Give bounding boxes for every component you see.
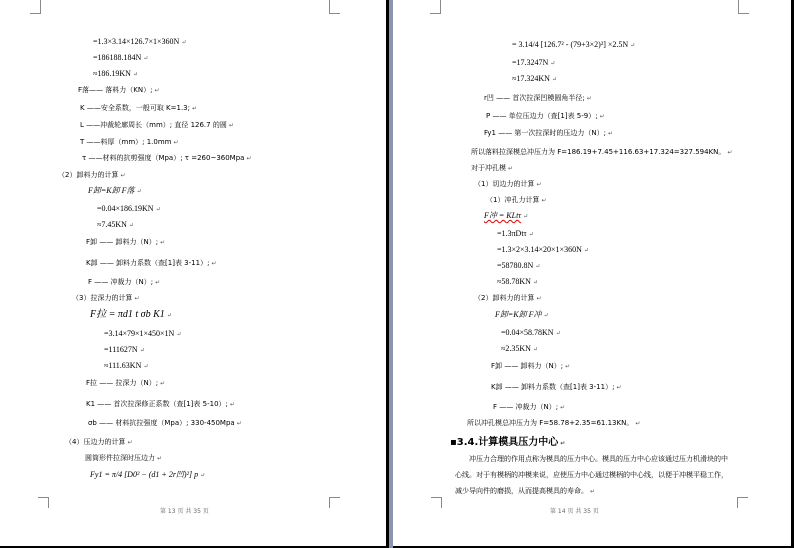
formula-line: ≈58.78KN↵ bbox=[497, 277, 538, 288]
formula-line: ≈186.19KN↵ bbox=[93, 69, 138, 80]
definition-line: F卸 —— 卸料力（N）;↵ bbox=[491, 361, 570, 372]
body-paragraph: 冲压力合理的作用点称为模具的压力中心。模具的压力中心应该通过压力机滑块的中心线。… bbox=[455, 451, 730, 500]
formula-line: =17.3247N↵ bbox=[512, 58, 555, 69]
margin-corner-bottom-right bbox=[329, 497, 340, 508]
margin-corner-bottom-left bbox=[431, 497, 442, 508]
margin-corner-bottom-left bbox=[38, 497, 49, 508]
formula-line: =58780.8N↵ bbox=[497, 261, 540, 272]
definition-line: F —— 冲裁力（N）;↵ bbox=[493, 402, 565, 413]
page-footer: 第 14 页 共 35 页 bbox=[550, 506, 599, 515]
definition-line: Fy1 —— 第一次拉深时的压边力（N）;↵ bbox=[484, 128, 613, 139]
result-line: 所以冲孔模总冲压力为 F=58.78+2.35=61.13KN。↵ bbox=[467, 418, 640, 429]
body-line: 圆筒形件拉深时压边力↵ bbox=[85, 453, 162, 464]
section-heading: （2）卸料力的计算↵ bbox=[58, 170, 126, 181]
formula-line: F冲 = KLtτ↵ bbox=[484, 211, 528, 222]
margin-corner-top-left bbox=[30, 0, 41, 14]
body-line: 对于冲孔模↵ bbox=[471, 163, 513, 174]
section-heading: （4）压边力的计算↵ bbox=[65, 437, 133, 448]
section-heading: （1）切边力的计算↵ bbox=[474, 179, 542, 190]
formula-line: ≈111.63KN↵ bbox=[104, 361, 148, 372]
result-line: 所以落料拉深模总冲压力为 F=186.19+7.45+116.63+17.324… bbox=[471, 147, 732, 158]
margin-corner-bottom-right bbox=[737, 497, 748, 508]
formula-line: =111627N↵ bbox=[104, 345, 145, 356]
document-page-13[interactable]: 第 13 页 共 35 页 bbox=[0, 0, 386, 546]
section-heading: （3）拉深力的计算↵ bbox=[72, 293, 140, 304]
definition-line: r凹 —— 首次拉深凹模圆角半径;↵ bbox=[484, 93, 592, 104]
section-heading: （2）卸料力的计算↵ bbox=[474, 293, 542, 304]
formula-line: =1.3×3.14×126.7×1×360N↵ bbox=[93, 37, 186, 48]
definition-line: F卸 —— 卸料力（N）;↵ bbox=[86, 237, 165, 248]
definition-line: F拉 —— 拉深力（N）;↵ bbox=[86, 378, 165, 389]
formula-line: F卸=K卸 F冲↵ bbox=[495, 310, 549, 321]
margin-corner-top-right bbox=[329, 0, 340, 14]
definition-line: K卸 —— 卸料力系数（查[1]表 3-11）;↵ bbox=[86, 258, 216, 269]
formula-line: F卸=K卸 F落↵ bbox=[88, 186, 142, 197]
margin-corner-top-right bbox=[738, 0, 749, 14]
formula-line: Fy1 = π/4 [D0² − (d1 + 2r凹)²] p↵ bbox=[90, 470, 205, 481]
definition-line: F落—— 落料力（KN）;↵ bbox=[78, 85, 159, 96]
section-heading-3-4: ▪3.4.计算模具压力中心↵ bbox=[450, 433, 565, 448]
formula-line: =186188.184N↵ bbox=[93, 53, 148, 64]
formula-line: ≈17.324KN↵ bbox=[512, 74, 557, 85]
formula-line: =3.14×79×1×450×1N↵ bbox=[104, 329, 181, 340]
definition-line: τ ——材料的抗剪强度（Mpa）; τ =260~360Mpa↵ bbox=[82, 153, 252, 164]
formula-line: =0.04×186.19KN↵ bbox=[97, 204, 161, 215]
page-shadow bbox=[386, 0, 389, 548]
formula-line: = 3.14/4 [126.7² - (79+3×2)²] ×2.5N↵ bbox=[512, 40, 635, 51]
margin-corner-top-left bbox=[430, 0, 441, 14]
formula-line: F拉 = πd1 t σb K1↵ bbox=[90, 310, 172, 321]
definition-line: P —— 单位压边力（查[1]表 5-9）;↵ bbox=[486, 111, 605, 122]
definition-line: T ——料厚（mm）; 1.0mm↵ bbox=[80, 137, 179, 148]
definition-line: K卸 —— 卸料力系数（查[1]表 3-11）;↵ bbox=[491, 382, 621, 393]
definition-line: σb —— 材料抗拉强度（Mpa）; 330-450Mpa↵ bbox=[88, 418, 242, 429]
formula-line: =1.3πDtτ↵ bbox=[497, 229, 534, 240]
section-heading: （1）冲孔力计算↵ bbox=[486, 195, 547, 206]
page-footer: 第 13 页 共 35 页 bbox=[160, 506, 209, 515]
formula-line: ≈7.45KN↵ bbox=[97, 220, 134, 231]
formula-line: ≈2.35KN↵ bbox=[501, 344, 538, 355]
definition-line: K1 —— 首次拉深修正系数（查[1]表 5-10）;↵ bbox=[86, 399, 235, 410]
definition-line: L ——冲裁轮廓周长（mm）; 直径 126.7 的圆↵ bbox=[80, 120, 234, 131]
formula-line: =0.04×58.78KN↵ bbox=[501, 328, 561, 339]
definition-line: K ——安全系数，一般可取 K=1.3;↵ bbox=[80, 103, 197, 114]
formula-line: =1.3×2×3.14×20×1×360N↵ bbox=[497, 245, 589, 256]
definition-line: F —— 冲裁力（N）;↵ bbox=[88, 277, 160, 288]
